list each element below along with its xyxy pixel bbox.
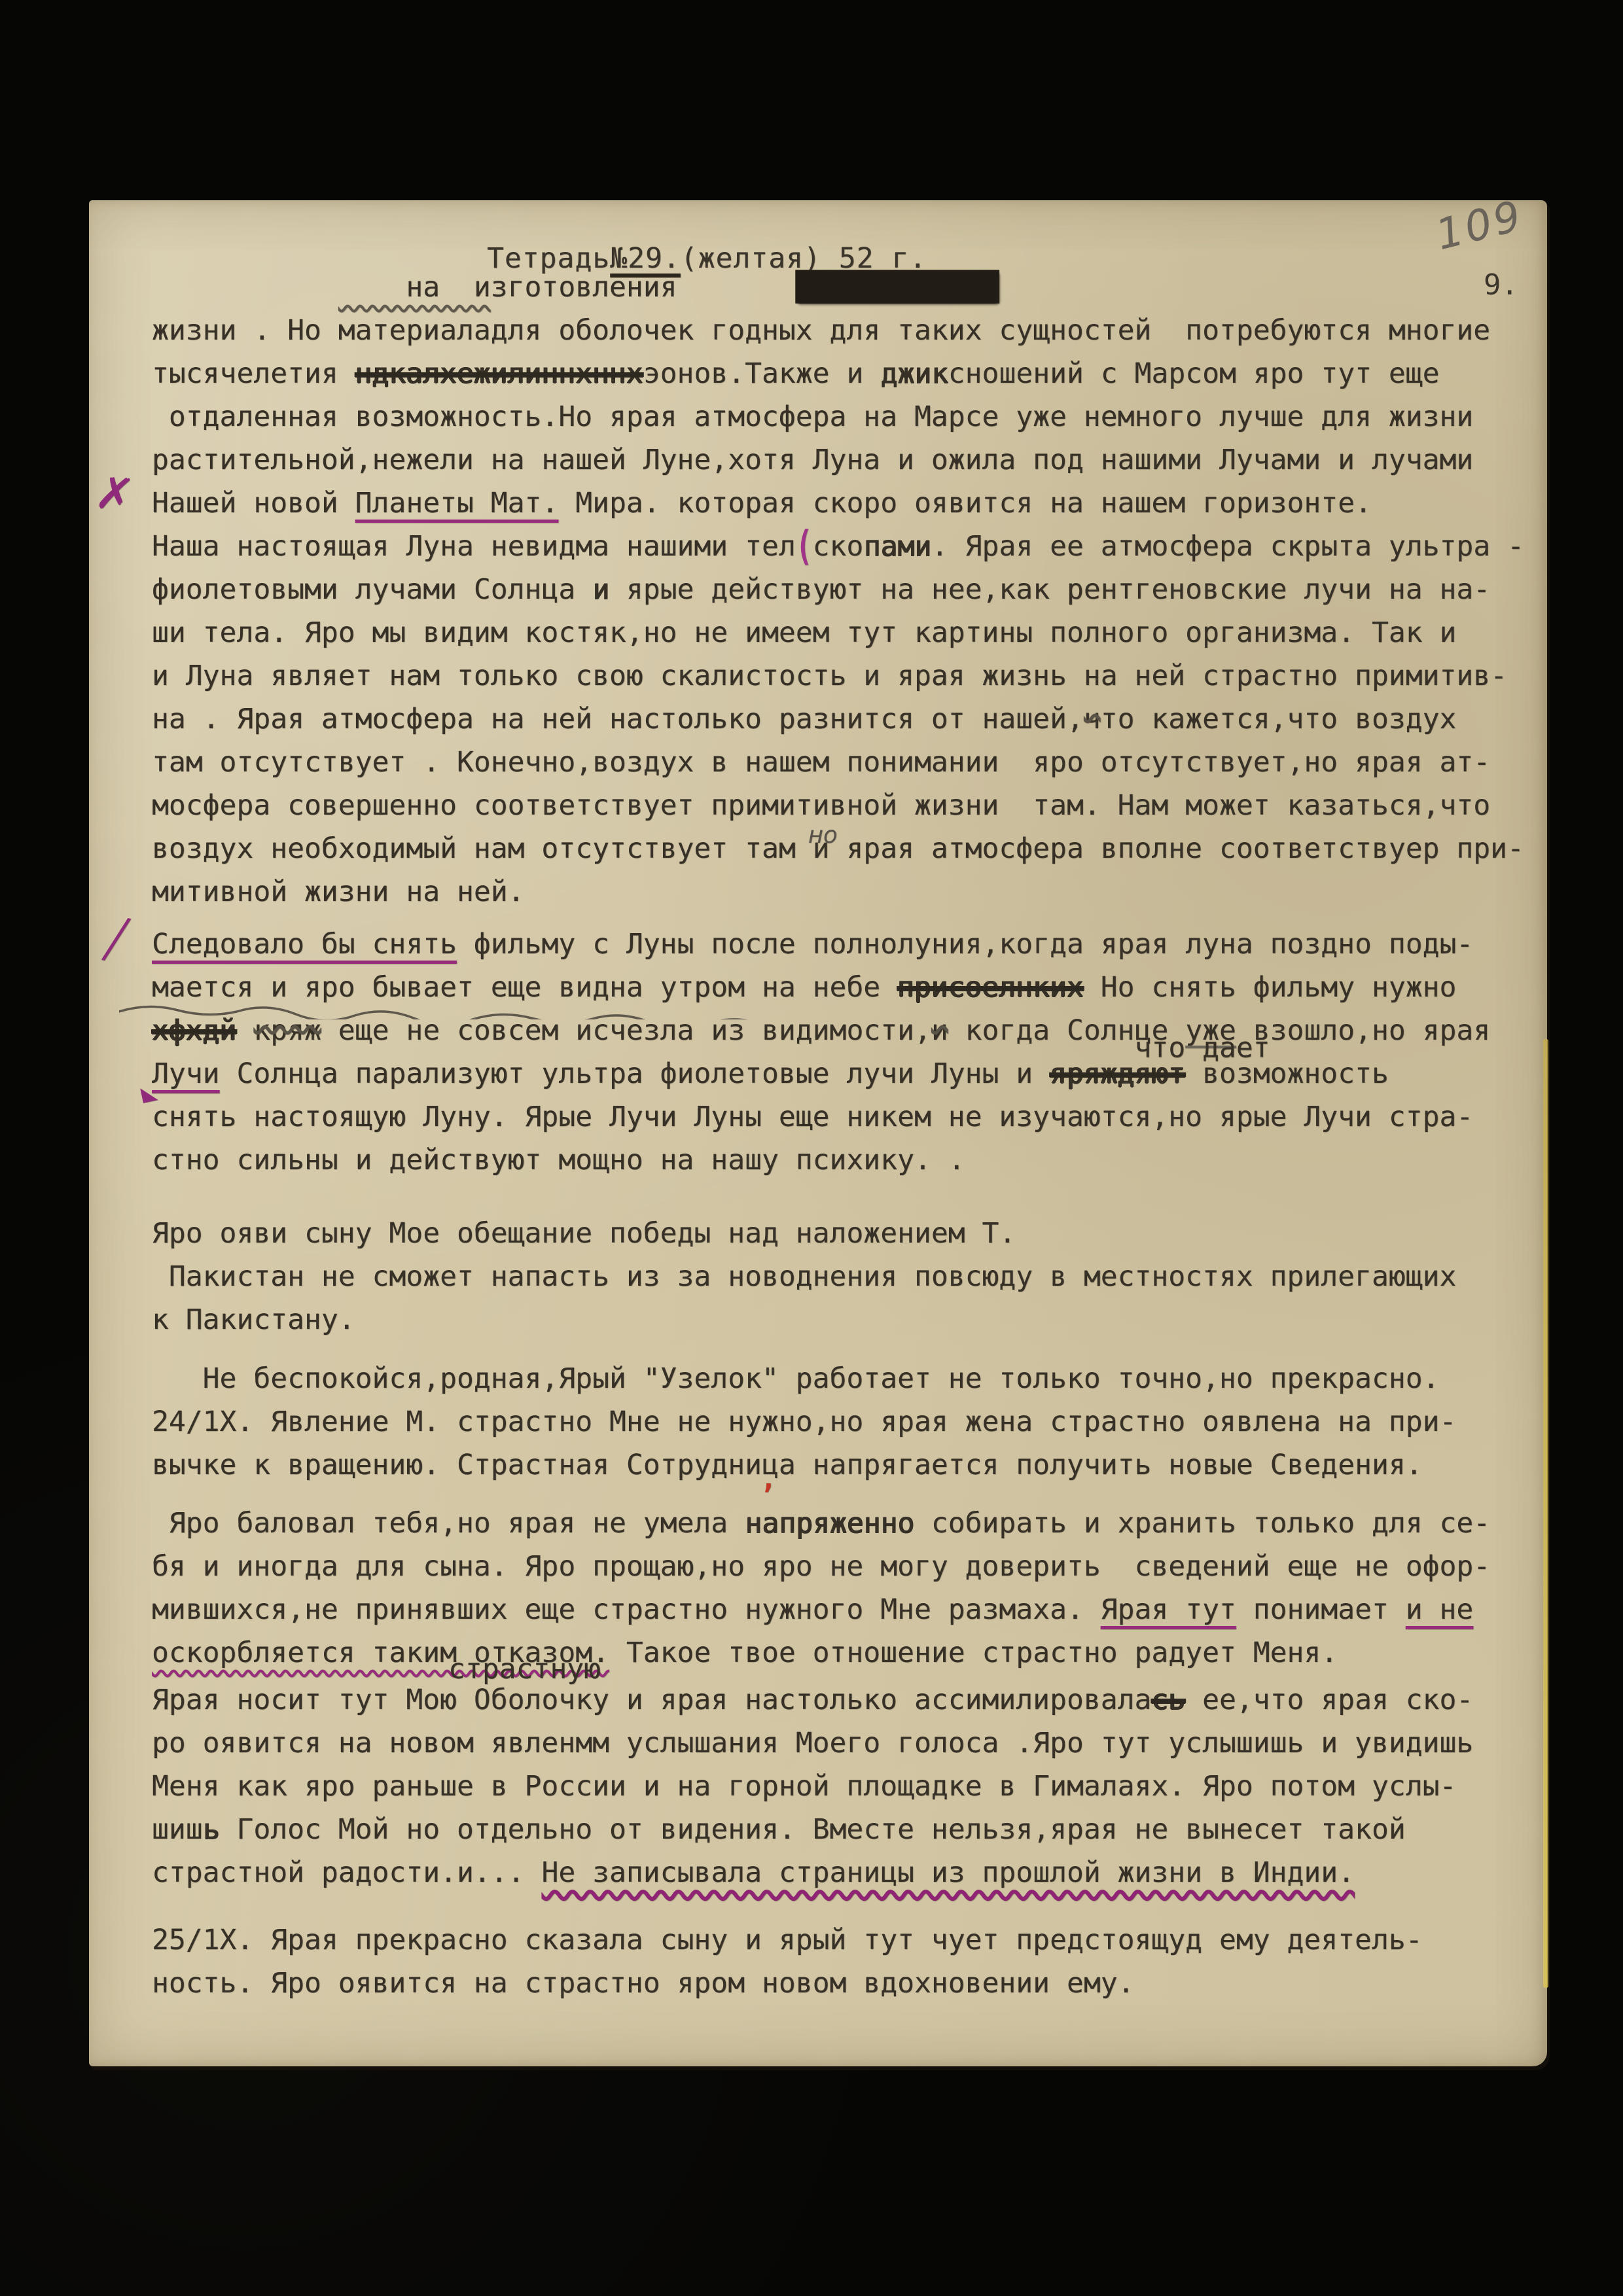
purple-underlined-text: Не записывала страницы из прошлой жизни … xyxy=(541,1856,1355,1889)
text-line: мившихся,не принявших еще страстно нужно… xyxy=(152,1588,1513,1631)
pencil-struck-text: кряж xyxy=(253,1014,321,1047)
text-line: и Луна являет нам только свою скалистост… xyxy=(152,654,1513,698)
handwritten-page-number: 109 xyxy=(1431,192,1528,260)
pencil-struck-text: ч xyxy=(1084,703,1101,735)
typed-text: возможность xyxy=(1185,1057,1389,1090)
text-line: тысячелетия ндкалхежилиннхннхэонов.Также… xyxy=(152,352,1513,395)
typed-text: Наша настоящая Луна невидма нашими тел xyxy=(152,530,796,563)
typed-text: мившихся,не принявших еще страстно нужно… xyxy=(152,1593,1101,1626)
typed-text: еще не совсем исчезла из видимости, xyxy=(321,1014,931,1047)
text-line: снять настоящую Луну. Ярые Лучи Луны еще… xyxy=(152,1095,1513,1139)
typed-strikeout-text: присоелнких xyxy=(897,971,1084,1004)
typed-text: ро оявится на новом явленмм услышания Мо… xyxy=(152,1727,1473,1759)
text-line: на изготовления ████████████ xyxy=(152,266,1513,309)
text-line: отдаленная возможность.Но ярая атмосфера… xyxy=(152,395,1513,438)
typed-text: . Ярая ее атмосфера скрыта ультра - xyxy=(931,530,1524,563)
text-line: фиолетовыми лучами Солнца и ярые действу… xyxy=(152,568,1513,611)
typed-text: Яро ояви сыну Мое обещание победы над на… xyxy=(152,1217,1016,1250)
margin-slash-mark: ∕ xyxy=(102,905,130,971)
pencil-scribbled-text: материала xyxy=(338,314,491,347)
text-line: оскорбляется таким отказом.страстную Так… xyxy=(152,1631,1513,1674)
typed-text: стно сильны и действуют мощно на нашу пс… xyxy=(152,1144,965,1176)
text-line: вычке к вращению. Страстная Сотрудница, … xyxy=(152,1443,1513,1487)
typed-text: там отсутствует . Конечно,воздух в нашем… xyxy=(152,746,1490,779)
text-line: 25/1Х. Ярая прекрасно сказала сыну и яры… xyxy=(152,1918,1513,1962)
text-line: ши тела. Яро мы видим костяк,но не имеем… xyxy=(152,611,1513,654)
text-line: ∕Следовало бы снять фильму с Луны после … xyxy=(152,923,1513,966)
typed-text: Но снять фильму нужно xyxy=(1084,971,1457,1004)
typed-text: для оболочек годных для таких сущностей … xyxy=(491,314,1490,347)
text-line: воздух необходимый нам отсутствует там н… xyxy=(152,827,1513,870)
typed-text: Солнца парализуют ультра фиолетовые лучи… xyxy=(220,1057,1050,1090)
typed-strikeout-text: хфхдй xyxy=(152,1014,236,1047)
text-line: жизни . Но материаладля оболочек годных … xyxy=(152,309,1513,352)
typed-text: вычке к вращению. Страстная Сотрудница xyxy=(152,1449,796,1481)
pencil-struck-text: и xyxy=(931,1014,948,1047)
text-line: Ярая носит тут Мою Оболочку и ярая насто… xyxy=(152,1678,1513,1722)
purple-underlined-text: Следовало бы снять xyxy=(152,928,457,961)
typed-text: Не беспокойся,родная,Ярый "Узелок" работ… xyxy=(152,1362,1440,1395)
text-line: ◣Лучи Солнца парализуют ультра фиолетовы… xyxy=(152,1052,1513,1095)
typed-text: отдаленная возможность.Но ярая атмосфера… xyxy=(152,400,1473,433)
text-line: Наша настоящая Луна невидма нашими тел(с… xyxy=(152,525,1513,568)
typed-text: ность. Яро оявится на страстно яром ново… xyxy=(152,1967,1135,2000)
typed-text: ско xyxy=(813,530,864,563)
typed-text: понимает xyxy=(1236,1593,1406,1626)
purple-underlined-text: Лучи xyxy=(152,1057,220,1090)
typed-text: сношений с Марсом яро тут еще xyxy=(948,357,1440,390)
typed-text: воздух необходимый нам отсутствует там xyxy=(152,832,813,865)
text-line: ✗Нашей новой Планеты Мат. Мира. которая … xyxy=(152,482,1513,525)
text-line: Меня как яро раньше в России и на горной… xyxy=(152,1765,1513,1808)
typed-text: взошло,но ярая xyxy=(1236,1014,1490,1047)
text-line: Не беспокойся,родная,Ярый "Узелок" работ… xyxy=(152,1357,1513,1400)
typed-text: ярые действуют на нее,как рентгеновские … xyxy=(609,573,1490,606)
typed-text: Пакистан не сможет напасть из за новодне… xyxy=(152,1260,1456,1293)
typed-text: Голос Мой но отдельно от видения. Вместе… xyxy=(220,1813,1406,1846)
typed-text: Ярая носит тут Мою Оболочку и ярая насто… xyxy=(152,1684,1151,1716)
typed-text: Нашей новой xyxy=(152,487,355,520)
typed-text: Такое твое отношение страстно радует Мен… xyxy=(609,1636,1338,1669)
text-line: ро оявится на новом явленмм услышания Мо… xyxy=(152,1722,1513,1765)
typed-text: Меня как яро раньше в России и на горной… xyxy=(152,1770,1456,1803)
text-line: на . Ярая атмосфера на ней настолько раз… xyxy=(152,698,1513,741)
purple-underlined-text: Ярая тут xyxy=(1101,1593,1236,1626)
text-line: растительной,нежели на нашей Луне,хотя Л… xyxy=(152,438,1513,482)
typed-text: 25/1Х. Ярая прекрасно сказала сыну и яры… xyxy=(152,1924,1423,1956)
purple-underlined-text: и не xyxy=(1406,1593,1474,1626)
text-line: ность. Яро оявится на страстно яром ново… xyxy=(152,1962,1513,2005)
overtyped-text: ь xyxy=(203,1813,220,1846)
typed-text: и Луна являет нам только свою скалистост… xyxy=(152,660,1507,692)
text-line: мается и яро бывает еще видна утром на н… xyxy=(152,966,1513,1009)
overtyped-text: и xyxy=(592,573,609,606)
typed-text: 24/1Х. Явление М. страстно Мне не нужно,… xyxy=(152,1405,1456,1438)
text-line: митивной жизни на ней. xyxy=(152,870,1513,913)
overtyped-text: пами xyxy=(863,530,931,563)
typed-text: Яро баловал тебя,но ярая не умела xyxy=(152,1507,745,1540)
typed-text: мосфера совершенно соответствует примити… xyxy=(152,789,1490,822)
overtyped-text: напряженно xyxy=(745,1507,914,1540)
text-line: Яро ояви сыну Мое обещание победы над на… xyxy=(152,1212,1513,1255)
purple-underlined-text: Планеты Мат. xyxy=(355,487,559,520)
typed-text: Мира. которая скоро оявится на нашем гор… xyxy=(558,487,1372,520)
typed-text: то кажется,что воздух xyxy=(1101,703,1457,735)
typed-text: на изготовления xyxy=(152,271,796,304)
document-page: 109 9. Тетрадь№29.(желтая) 52 г. на изго… xyxy=(89,200,1547,2066)
typed-text: фильму с Луны после полнолуния,когда яра… xyxy=(457,928,1473,961)
text-line: шишь Голос Мой но отдельно от видения. В… xyxy=(152,1808,1513,1851)
typed-text: бя и иногда для сына. Яро прощаю,но яро … xyxy=(152,1550,1490,1583)
overtyped-text: джик xyxy=(880,357,948,390)
typed-text: страстной радости.и... xyxy=(152,1856,541,1889)
text-line: Яро баловал тебя,но ярая не умела напряж… xyxy=(152,1502,1513,1545)
typed-strikeout-text: яряждяют xyxy=(1050,1057,1185,1090)
typed-text: ее,что ярая ско- xyxy=(1185,1684,1473,1716)
text-line: мосфера совершенно соответствует примити… xyxy=(152,784,1513,827)
typed-text: растительной,нежели на нашей Луне,хотя Л… xyxy=(152,444,1473,476)
typed-text: к Пакистану. xyxy=(152,1303,355,1336)
text-line: Пакистан не сможет напасть из за новодне… xyxy=(152,1255,1513,1298)
typed-text: эонов.Также и xyxy=(643,357,880,390)
typed-text: собирать и хранить только для се- xyxy=(914,1507,1490,1540)
text-line: страстной радости.и... Не записывала стр… xyxy=(152,1851,1513,1894)
scan-background: 109 9. Тетрадь№29.(желтая) 52 г. на изго… xyxy=(0,0,1623,2296)
typed-text: фиолетовыми лучами Солнца xyxy=(152,573,592,606)
typed-text: мается и яро бывает еще видна утром на н… xyxy=(152,971,897,1004)
typed-text: и ярая атмосфера вполне соответствуер пр… xyxy=(813,832,1524,865)
handwritten-x-mark: ✗ xyxy=(93,470,137,518)
typed-text xyxy=(236,1014,253,1047)
typed-text: напрягается получить новые Сведения. xyxy=(796,1449,1423,1481)
typed-text: тысячелетия xyxy=(152,357,355,390)
typed-strikeout-text: ндкалхежилиннхннх xyxy=(355,357,643,390)
typed-text-block: на изготовления ████████████жизни . Но м… xyxy=(152,266,1513,2005)
typed-text: митивной жизни на ней. xyxy=(152,875,525,908)
typed-text: снять настоящую Луну. Ярые Лучи Луны еще… xyxy=(152,1101,1473,1133)
typed-text: шиш xyxy=(152,1813,203,1846)
text-line: бя и иногда для сына. Яро прощаю,но яро … xyxy=(152,1545,1513,1588)
typed-text: ши тела. Яро мы видим костяк,но не имеем… xyxy=(152,616,1456,649)
text-line: стно сильны и действуют мощно на нашу пс… xyxy=(152,1139,1513,1182)
ink-blot: ████████████ xyxy=(796,271,999,304)
typed-text: на . Ярая атмосфера на ней настолько раз… xyxy=(152,703,1084,735)
typed-strikeout-text: сь xyxy=(1151,1684,1185,1716)
text-line: к Пакистану. xyxy=(152,1298,1513,1341)
text-line: хфхдй кряж еще не совсем исчезла из види… xyxy=(152,1009,1513,1052)
text-line: 24/1Х. Явление М. страстно Мне не нужно,… xyxy=(152,1400,1513,1443)
text-line: там отсутствует . Конечно,воздух в нашем… xyxy=(152,741,1513,784)
typed-text: жизни . Но xyxy=(152,314,338,347)
paper-edge xyxy=(1543,1039,1548,1988)
